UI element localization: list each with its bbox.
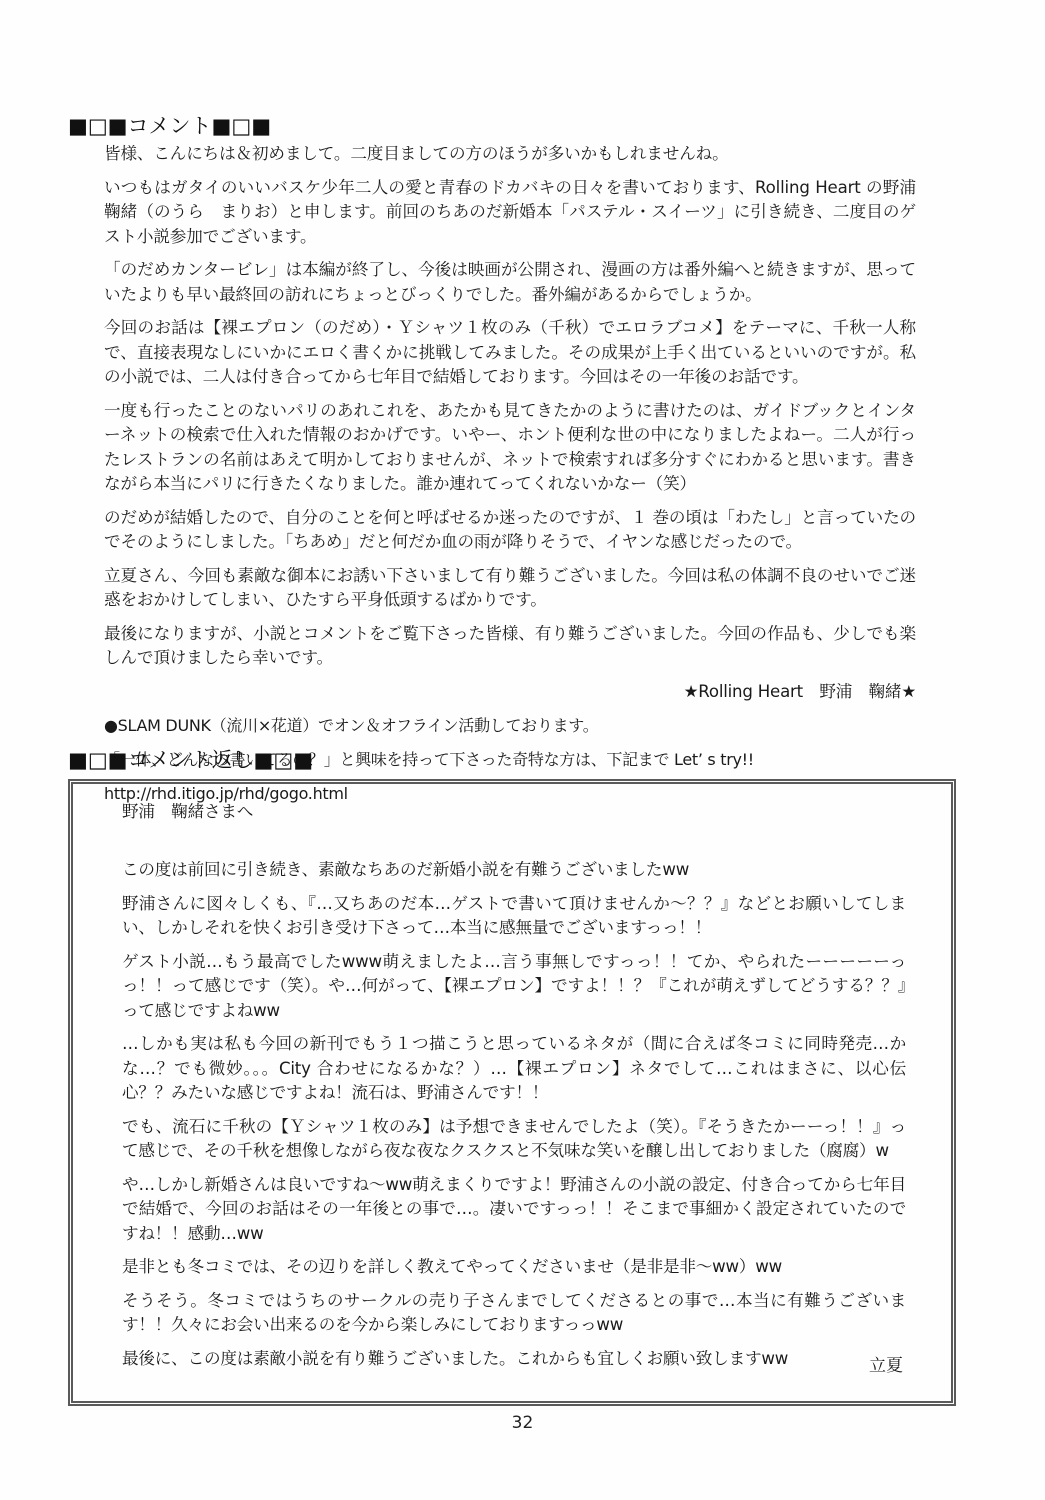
comment-paragraph: 皆様、こんにちは＆初めまして。二度目ましての方のほうが多いかもしれませんね。 xyxy=(104,142,916,167)
comment-paragraph: 一度も行ったことのないパリのあれこれを、あたかも見てきたかのように書けたのは、ガ… xyxy=(104,399,916,497)
promo-line: ●SLAM DUNK（流川×花道）でオン＆オフライン活動しております。 xyxy=(104,714,916,738)
reply-paragraph: …しかも実は私も今回の新刊でもう１つ描こうと思っているネタが（間に合えば冬コミに… xyxy=(122,1032,906,1106)
document-page: ■□■コメント■□■ 皆様、こんにちは＆初めまして。二度目ましての方のほうが多い… xyxy=(0,0,1045,1500)
reply-paragraph: 野浦さんに図々しくも、『…又ちあのだ本…ゲストで書いて頂けませんか～？？』などと… xyxy=(122,892,906,941)
reply-paragraph: 最後に、この度は素敵小説を有り難うございました。これからも宜しくお願い致しますw… xyxy=(122,1347,906,1372)
comment-section-heading: ■□■コメント■□■ xyxy=(68,113,271,139)
reply-section-heading: ■□■コメント返し■□■ xyxy=(68,747,313,773)
reply-paragraph: でも、流石に千秋の【Ｙシャツ１枚のみ】は予想できませんでしたよ（笑）。『そうきた… xyxy=(122,1115,906,1164)
comment-paragraph: のだめが結婚したので、自分のことを何と呼ばせるか迷ったのですが、１ 巻の頃は「わ… xyxy=(104,506,916,555)
reply-paragraph: や…しかし新婚さんは良いですね～ww萌えまくりですよ！野浦さんの小説の設定、付き… xyxy=(122,1173,906,1247)
author-signature: ★Rolling Heart 野浦 鞠緒★ xyxy=(104,680,916,704)
comment-paragraph: 今回のお話は【裸エプロン（のだめ）・Ｙシャツ１枚のみ（千秋）でエロラブコメ】をテ… xyxy=(104,316,916,390)
comment-paragraph: 立夏さん、今回も素敵な御本にお誘い下さいまして有り難うございました。今回は私の体… xyxy=(104,564,916,613)
reply-content: 野浦 鞠緒さまへ この度は前回に引き続き、素敵なちあのだ新婚小説を有難うございま… xyxy=(122,800,906,1380)
page-number: 32 xyxy=(0,1413,1045,1433)
comment-body: 皆様、こんにちは＆初めまして。二度目ましての方のほうが多いかもしれませんね。 い… xyxy=(104,142,916,806)
reply-paragraph: 是非とも冬コミでは、その辺りを詳しく教えてやってくださいませ（是非是非～ww）w… xyxy=(122,1255,906,1280)
reply-signature: 立夏 xyxy=(869,1355,903,1377)
comment-paragraph: 「のだめカンタービレ」は本編が終了し、今後は映画が公開され、漫画の方は番外編へと… xyxy=(104,258,916,307)
reply-box: 野浦 鞠緒さまへ この度は前回に引き続き、素敵なちあのだ新婚小説を有難うございま… xyxy=(68,779,956,1406)
comment-paragraph: いつもはガタイのいいバスケ少年二人の愛と青春のドカバキの日々を書いております、R… xyxy=(104,176,916,250)
comment-paragraph: 最後になりますが、小説とコメントをご覧下さった皆様、有り難うございました。今回の… xyxy=(104,622,916,671)
reply-paragraph: ゲスト小説…もう最高でしたwww萌えましたよ…言う事無しですっっ！！てか、やられ… xyxy=(122,950,906,1024)
reply-paragraph: そうそう。冬コミではうちのサークルの売り子さんまでしてくださるとの事で…本当に有… xyxy=(122,1289,906,1338)
reply-salutation: 野浦 鞠緒さまへ xyxy=(122,800,906,824)
reply-paragraph: この度は前回に引き続き、素敵なちあのだ新婚小説を有難うございましたww xyxy=(122,858,906,883)
